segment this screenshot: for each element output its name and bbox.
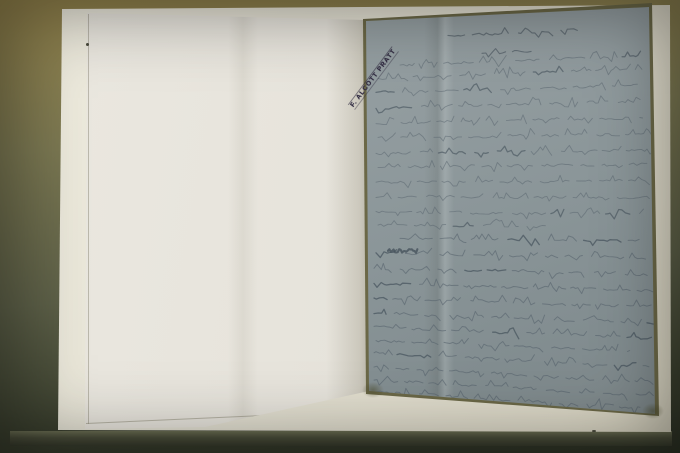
dust-speck: [86, 43, 89, 46]
handwriting-paragraph-1-dark-words: [376, 51, 641, 227]
dust-speck: [592, 430, 596, 432]
handwriting-paragraph-2-dark-words: [374, 235, 657, 370]
photo-of-open-manuscript-book: F. ALCOTT PRATT: [0, 0, 680, 453]
left-page-edge-line: [88, 14, 89, 424]
handwriting-paragraph-1: [376, 51, 654, 230]
gutter-shadow: [326, 14, 368, 414]
handwriting-paragraph-2: [374, 234, 653, 414]
table-edge-shadow: [10, 431, 672, 446]
handwriting-title-line: [448, 28, 577, 38]
left-page-crease: [228, 14, 258, 424]
